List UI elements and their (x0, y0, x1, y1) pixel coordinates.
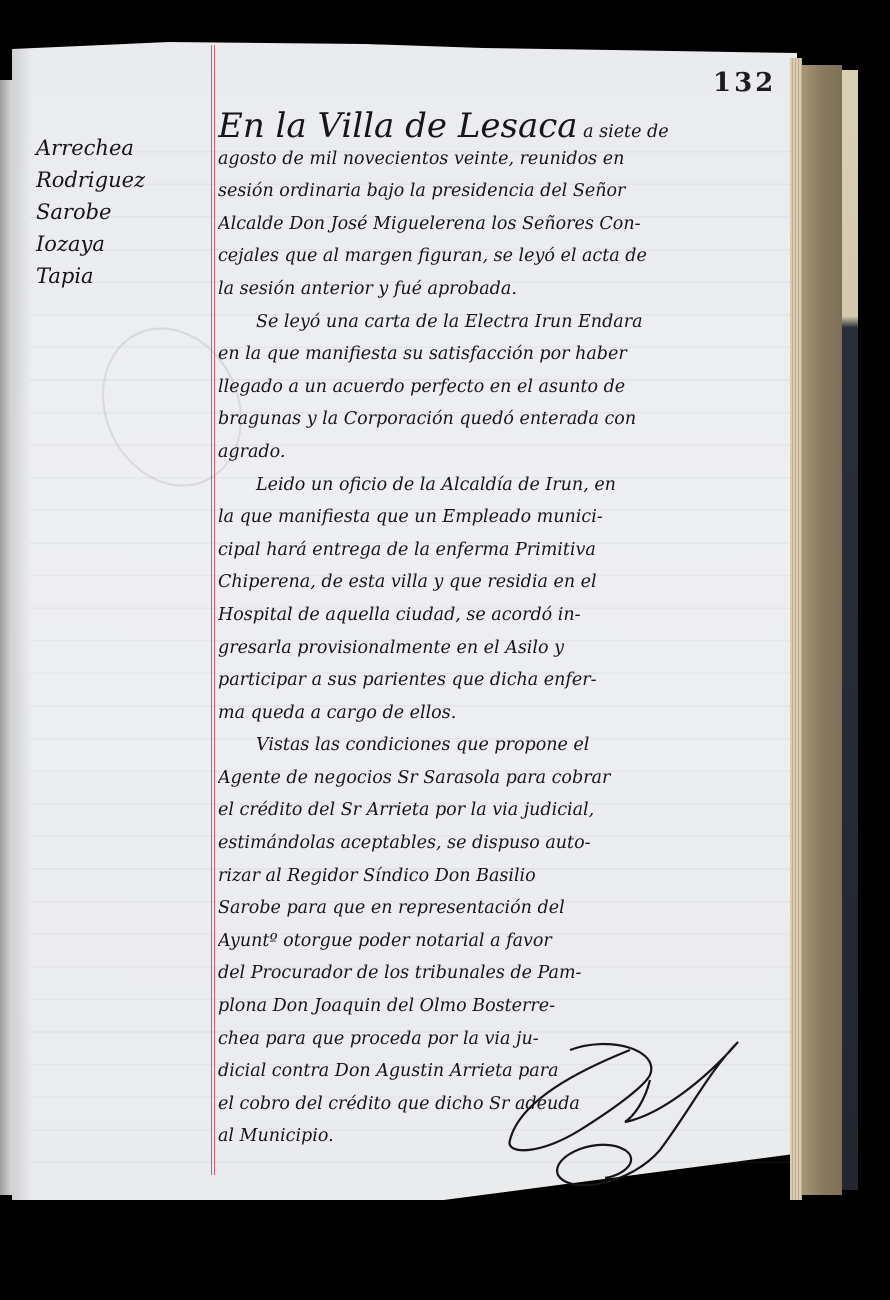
margin-rule-right (214, 45, 215, 1175)
handwritten-line: Alcalde Don José Miguelerena los Señores… (218, 208, 790, 241)
opening-phrase: En la Villa de Lesaca (218, 110, 578, 143)
handwritten-line: en la que manifiesta su satisfacción por… (218, 338, 790, 371)
handwritten-line: Ayuntº otorgue poder notarial a favor (218, 925, 790, 958)
handwritten-line: estimándolas aceptables, se dispuso auto… (218, 827, 790, 860)
handwritten-line: agrado. (218, 436, 790, 469)
handwritten-line: Vistas las condiciones que propone el (218, 729, 790, 762)
handwritten-line: llegado a un acuerdo perfecto en el asun… (218, 371, 790, 404)
handwritten-line: sesión ordinaria bajo la presidencia del… (218, 175, 790, 208)
handwritten-line: Leido un oficio de la Alcaldía de Irun, … (218, 469, 790, 502)
handwritten-line: participar a sus parientes que dicha enf… (218, 664, 790, 697)
handwritten-line: plona Don Joaquin del Olmo Bosterre- (218, 990, 790, 1023)
handwritten-line: En la Villa de Lesaca a siete de (218, 110, 790, 143)
handwritten-line: Chiperena, de esta villa y que residia e… (218, 566, 790, 599)
line-text: a siete de (578, 122, 669, 142)
margin-rule-left (211, 45, 212, 1175)
handwritten-line: cejales que al margen figuran, se leyó e… (218, 240, 790, 273)
gutter-shadow (12, 42, 32, 1200)
margin-name: Sarobe (36, 196, 145, 228)
handwritten-line: del Procurador de los tribunales de Pam- (218, 957, 790, 990)
margin-name: Arrechea (36, 132, 145, 164)
handwritten-line: Hospital de aquella ciudad, se acordó in… (218, 599, 790, 632)
signature-flourish-icon (460, 1030, 760, 1200)
handwritten-line: Agente de negocios Sr Sarasola para cobr… (218, 762, 790, 795)
margin-names-list: Arrechea Rodriguez Sarobe Iozaya Tapia (36, 132, 145, 292)
handwritten-line: gresarla provisionalmente en el Asilo y (218, 632, 790, 665)
handwritten-line: ma queda a cargo de ellos. (218, 697, 790, 730)
handwritten-line: la sesión anterior y fué aprobada. (218, 273, 790, 306)
adjacent-page-edge (0, 80, 12, 1195)
margin-name: Iozaya (36, 228, 145, 260)
handwritten-line: agosto de mil novecientos veinte, reunid… (218, 143, 790, 176)
margin-name: Rodriguez (36, 164, 145, 196)
handwritten-line: Sarobe para que en representación del (218, 892, 790, 925)
book-fore-edge (802, 65, 842, 1195)
margin-name: Tapia (36, 260, 145, 292)
handwritten-line: el crédito del Sr Arrieta por la via jud… (218, 794, 790, 827)
minutes-body: En la Villa de Lesaca a siete deagosto d… (218, 110, 790, 1153)
page-number: 132 (713, 68, 776, 98)
handwritten-line: bragunas y la Corporación quedó enterada… (218, 403, 790, 436)
handwritten-line: rizar al Regidor Síndico Don Basilio (218, 860, 790, 893)
book-cover-edge (842, 70, 858, 1190)
handwritten-line: cipal hará entrega de la enferma Primiti… (218, 534, 790, 567)
handwritten-line: Se leyó una carta de la Electra Irun End… (218, 306, 790, 339)
handwritten-line: la que manifiesta que un Empleado munici… (218, 501, 790, 534)
page-stack-edge (790, 58, 802, 1200)
